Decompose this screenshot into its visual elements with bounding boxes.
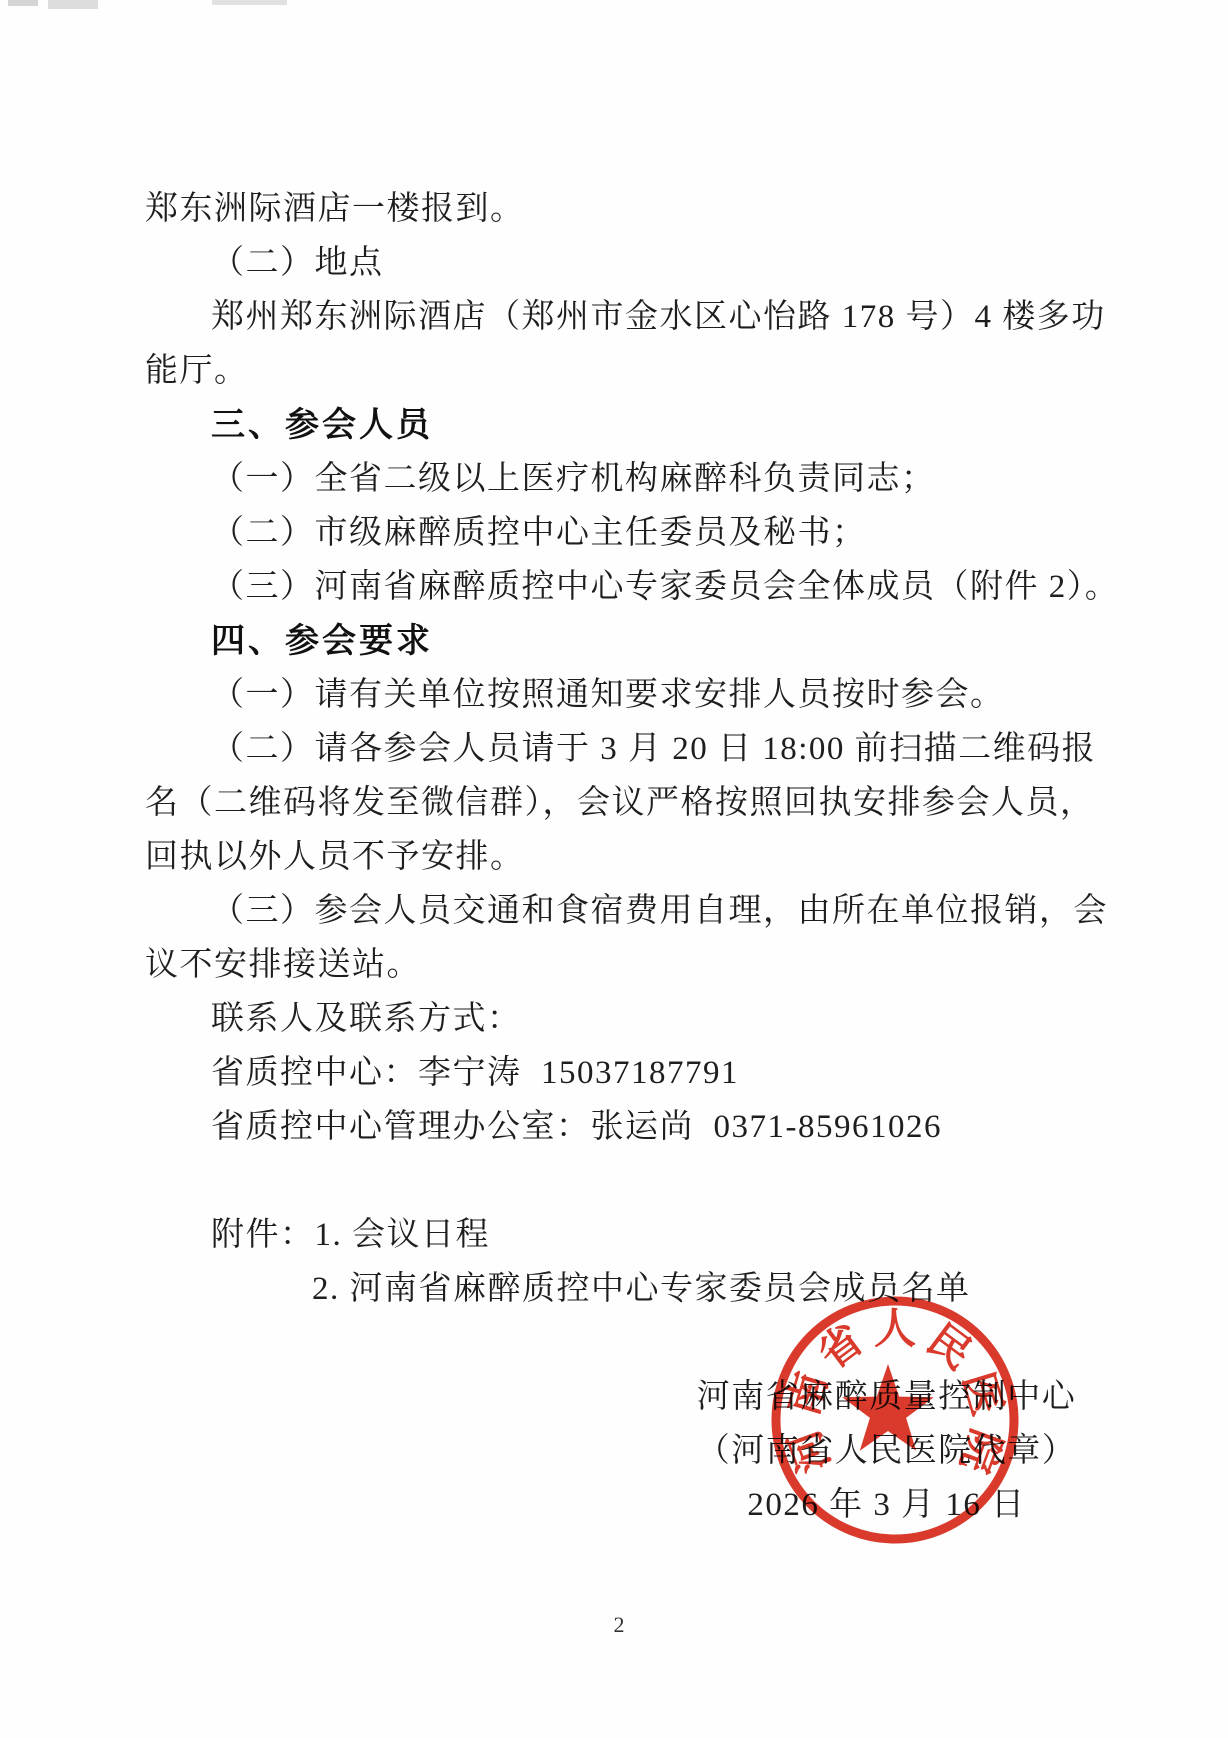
seal-graphic: 河 南 省 人 民 医 院 bbox=[765, 1290, 1025, 1550]
doc-line: （一）请有关单位按照通知要求安排人员按时参会。 bbox=[145, 668, 1088, 722]
section-heading-requirements: 四、参会要求 bbox=[145, 614, 1088, 668]
doc-line: 郑东洲际酒店一楼报到。 bbox=[145, 182, 1088, 236]
doc-line: （二）请各参会人员请于 3 月 20 日 18:00 前扫描二维码报 bbox=[145, 722, 1088, 776]
section-heading-participants: 三、参会人员 bbox=[145, 398, 1088, 452]
doc-line: （一）全省二级以上医疗机构麻醉科负责同志； bbox=[145, 452, 1088, 506]
page-number: 2 bbox=[594, 1612, 644, 1638]
scan-artifact bbox=[212, 0, 287, 5]
contact-line-office: 省质控中心管理办公室：张运尚 0371-85961026 bbox=[145, 1100, 1088, 1154]
official-seal: 河 南 省 人 民 医 院 bbox=[765, 1290, 1025, 1550]
subsection-heading: （二）地点 bbox=[145, 236, 1088, 290]
doc-line: 能厅。 bbox=[145, 344, 1088, 398]
scan-artifact bbox=[8, 0, 38, 6]
doc-line: （二）市级麻醉质控中心主任委员及秘书； bbox=[145, 506, 1088, 560]
attachment-line-1: 附件：1. 会议日程 bbox=[145, 1208, 1088, 1262]
blank-line bbox=[145, 1154, 1088, 1208]
seal-star-icon bbox=[842, 1364, 933, 1451]
scan-artifact bbox=[48, 0, 98, 9]
doc-line: （三）参会人员交通和食宿费用自理，由所在单位报销，会 bbox=[145, 884, 1088, 938]
seal-char: 人 bbox=[874, 1307, 916, 1353]
document-page: 郑东洲际酒店一楼报到。 （二）地点 郑州郑东洲际酒店（郑州市金水区心怡路 178… bbox=[0, 0, 1228, 1738]
contact-line-center: 省质控中心：李宁涛 15037187791 bbox=[145, 1046, 1088, 1100]
doc-line: 郑州郑东洲际酒店（郑州市金水区心怡路 178 号）4 楼多功 bbox=[145, 290, 1088, 344]
doc-line: 议不安排接送站。 bbox=[145, 938, 1088, 992]
contact-label-line: 联系人及联系方式： bbox=[145, 992, 1088, 1046]
doc-line: （三）河南省麻醉质控中心专家委员会全体成员（附件 2）。 bbox=[145, 560, 1088, 614]
doc-line: 回执以外人员不予安排。 bbox=[145, 830, 1088, 884]
doc-line: 名（二维码将发至微信群），会议严格按照回执安排参会人员， bbox=[145, 776, 1088, 830]
